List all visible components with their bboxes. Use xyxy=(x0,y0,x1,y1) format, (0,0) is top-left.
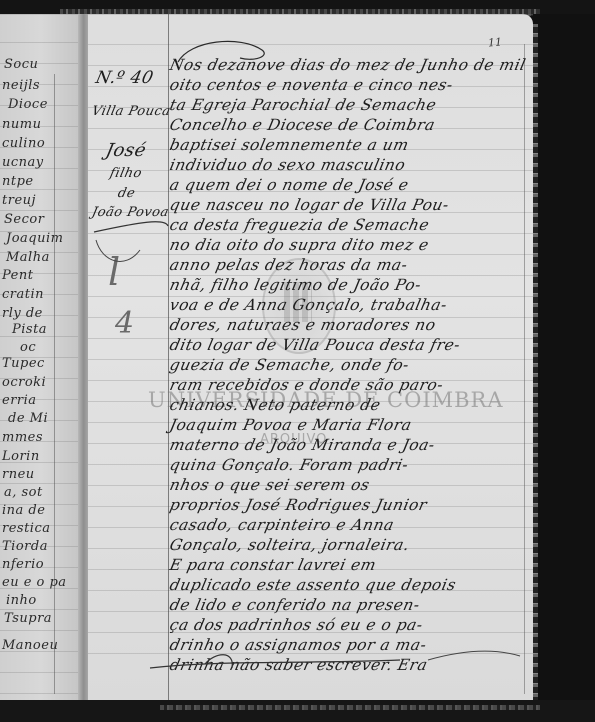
entry-line: Joaquim Povoa e Maria Flora xyxy=(168,416,413,434)
entry-line: chianos. Neto paterno de xyxy=(168,396,382,414)
entry-line: a quem dei o nome de José e xyxy=(168,176,410,194)
entry-line: voa e de Anna Gonçalo, trabalha- xyxy=(168,296,449,314)
left-fragment: culino xyxy=(2,136,45,151)
document-viewer: UNIVERSIDADE DE COIMBRA ARQUIVO 11 Socu … xyxy=(0,0,595,722)
entry-line: Concelho e Diocese de Coimbra xyxy=(168,116,437,134)
entry-line: drinha não saber escrever. Era xyxy=(168,656,429,674)
left-fragment: ina de xyxy=(2,503,45,518)
left-fragment: cratin xyxy=(2,287,44,302)
entry-line: ca desta freguezia de Semache xyxy=(168,216,431,234)
left-fragment: Tupec xyxy=(2,356,45,371)
entry-line: proprios José Rodrigues Junior xyxy=(168,496,429,514)
entry-of: de xyxy=(116,186,136,201)
left-fragment: Pista xyxy=(12,322,47,337)
left-fragment: ucnay xyxy=(2,155,44,170)
left-fragment: Pent xyxy=(2,268,33,283)
left-fragment: rly de xyxy=(2,306,43,321)
entry-line: Gonçalo, solteira, jornaleira. xyxy=(168,536,411,554)
entry-line: oito centos e noventa e cinco nes- xyxy=(168,76,455,94)
book-right-edge xyxy=(533,14,595,722)
entry-number: N.º 40 xyxy=(94,68,155,88)
left-fragment: Secor xyxy=(4,212,44,227)
entry-father: João Povoa xyxy=(90,205,170,220)
left-fragment: eu e o pa xyxy=(2,575,67,590)
left-fragment: nferio xyxy=(2,557,44,572)
left-fragment: inho xyxy=(6,593,37,608)
left-fragment: Joaquim xyxy=(6,231,63,246)
left-fragment: neijls xyxy=(2,78,40,93)
left-fragment: rneu xyxy=(2,467,35,482)
left-fragment: Malha xyxy=(6,250,50,265)
entry-place: Villa Pouca xyxy=(90,104,172,119)
page-number: 11 xyxy=(488,36,503,50)
book-bottom-edge xyxy=(0,700,595,722)
left-fragment: de Mi xyxy=(8,411,48,426)
left-fragment: Tsupra xyxy=(4,611,52,626)
entry-line: dores, naturaes e moradores no xyxy=(168,316,437,334)
left-fragment: treuj xyxy=(2,193,36,208)
entry-line: de lido e conferido na presen- xyxy=(168,596,422,614)
entry-relation: filho xyxy=(108,166,143,181)
entry-line: guezia de Semache, onde fo- xyxy=(168,356,411,374)
left-page-margin-rule xyxy=(54,74,55,694)
entry-line: que nasceu no logar de Villa Pou- xyxy=(168,196,451,214)
left-fragment: erria xyxy=(2,393,37,408)
left-fragment: ocroki xyxy=(2,375,46,390)
entry-line: no dia oito do supra dito mez e xyxy=(168,236,431,254)
left-fragment: Lorin xyxy=(2,449,40,464)
pencil-mark: l xyxy=(108,250,120,294)
entry-line: dito logar de Villa Pouca desta fre- xyxy=(168,336,462,354)
entry-line: drinho o assignamos por a ma- xyxy=(168,636,428,654)
entry-line: ta Egreja Parochial de Semache xyxy=(168,96,438,114)
right-page-edge-rule xyxy=(524,44,525,694)
entry-line: baptisei solemnemente a um xyxy=(168,136,410,154)
left-fragment: a, sot xyxy=(4,485,43,500)
entry-line: quina Gonçalo. Foram padri- xyxy=(168,456,410,474)
entry-name: José xyxy=(104,140,148,161)
entry-line: duplicado este assento que depois xyxy=(168,576,458,594)
left-fragment: oc xyxy=(20,340,36,355)
book-binding-bottom xyxy=(160,705,540,710)
pencil-mark: 4 xyxy=(115,306,134,341)
entry-line: ram recebidos e donde são paro- xyxy=(168,376,445,394)
left-fragment: restica xyxy=(2,521,51,536)
entry-line: Nos dezanove dias do mez de Junho de mil xyxy=(168,56,527,74)
entry-line: ça dos padrinhos só eu e o pa- xyxy=(168,616,424,634)
entry-line: anno pelas dez horas da ma- xyxy=(168,256,409,274)
entry-line: materno de João Miranda e Joa- xyxy=(168,436,437,454)
entry-line: nhos o que sei serem os xyxy=(168,476,371,494)
left-fragment: Manoeu xyxy=(2,638,58,653)
left-fragment: Dioce xyxy=(8,97,48,112)
left-fragment: mmes xyxy=(2,430,43,445)
entry-line: individuo do sexo masculino xyxy=(168,156,407,174)
entry-line: casado, carpinteiro e Anna xyxy=(168,516,396,534)
left-fragment: Tiorda xyxy=(2,539,48,554)
left-fragment: ntpe xyxy=(2,174,34,189)
left-fragment: numu xyxy=(2,117,41,132)
book-fore-edge xyxy=(533,24,538,714)
entry-line: nhã, filho legitimo de João Po- xyxy=(168,276,423,294)
entry-line: E para constar lavrei em xyxy=(168,556,378,574)
left-fragment: Socu xyxy=(4,57,38,72)
